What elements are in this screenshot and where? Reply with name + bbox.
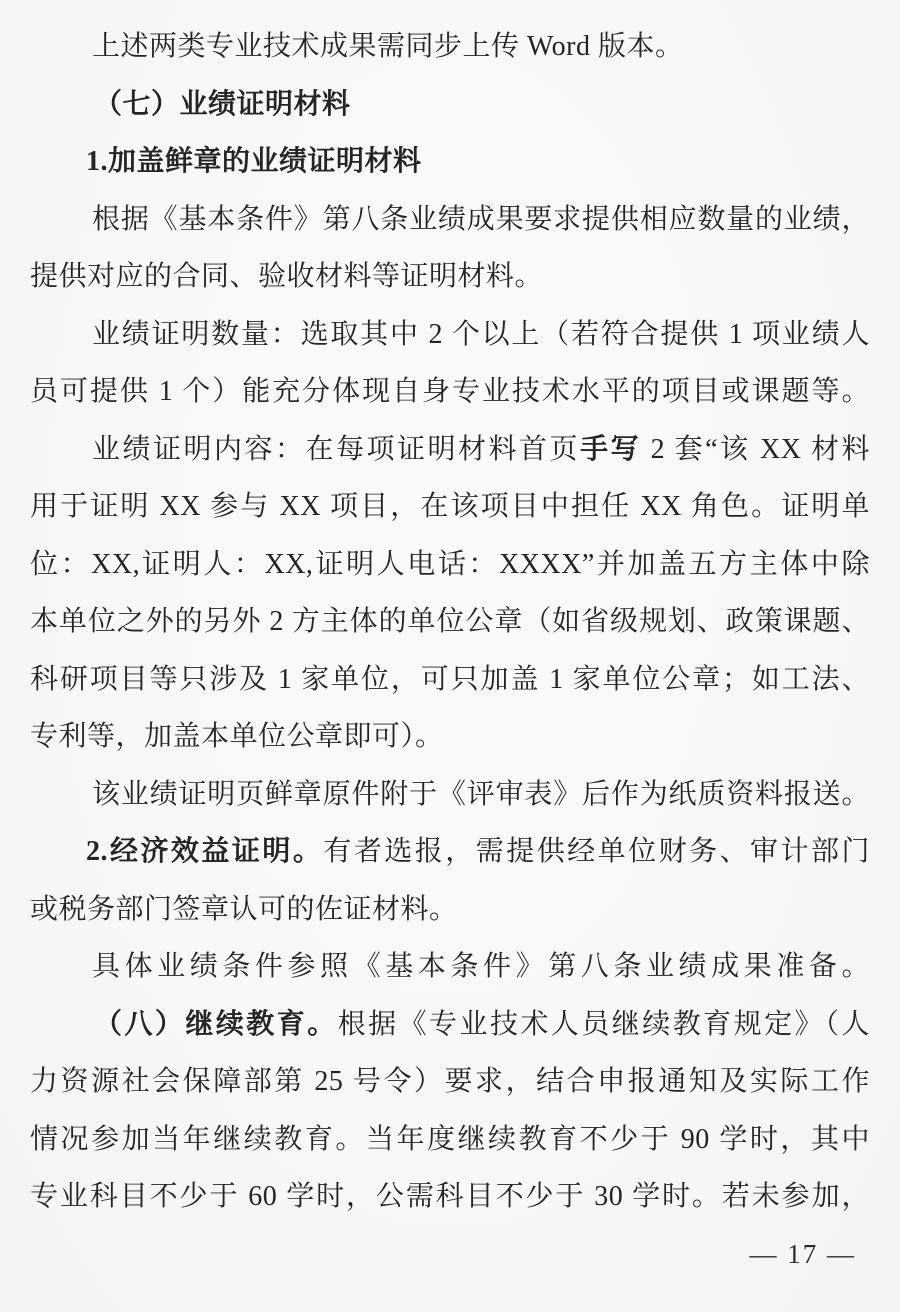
paragraph-line: 本单位之外的另外 2 方主体的单位公章（如省级规划、政策课题、 <box>30 593 870 651</box>
subheading-2: 2.经济效益证明。有者选报，需提供经单位财务、审计部门 <box>30 823 870 881</box>
paragraph-line: 员可提供 1 个）能充分体现自身专业技术水平的项目或课题等。 <box>30 363 870 421</box>
paragraph-line: 根据《基本条件》第八条业绩成果要求提供相应数量的业绩， <box>30 191 870 249</box>
bold-text-segment: 2.经济效益证明。 <box>86 836 323 867</box>
page-number: — 17 — <box>30 1226 870 1284</box>
text-segment: 专业科目不少于 60 学时，公需科目不少于 30 学时。若未参加， <box>30 1181 870 1212</box>
text-segment: 业绩证明数量：选取其中 2 个以上（若符合提供 1 项业绩人 <box>92 319 870 350</box>
text-segment: 业绩证明内容：在每项证明材料首页 <box>92 434 580 465</box>
bold-text-segment: （七）业绩证明材料 <box>94 89 351 120</box>
paragraph-line: 位：XX,证明人：XX,证明人电话：XXXX”并加盖五方主体中除 <box>30 536 870 594</box>
text-segment: 力资源社会保障部第 25 号令）要求，结合申报通知及实际工作 <box>30 1066 870 1097</box>
text-segment: 根据《专业技术人员继续教育规定》（人 <box>338 1009 870 1040</box>
section-heading-8: （八）继续教育。根据《专业技术人员继续教育规定》（人 <box>30 996 870 1054</box>
paragraph-line: 提供对应的合同、验收材料等证明材料。 <box>30 248 870 306</box>
bold-text-segment: 1.加盖鲜章的业绩证明材料 <box>86 146 422 177</box>
paragraph-line: 业绩证明内容：在每项证明材料首页手写 2 套“该 XX 材料 <box>30 421 870 479</box>
text-segment: 该业绩证明页鲜章原件附于《评审表》后作为纸质资料报送。 <box>92 779 870 810</box>
document-body: 上述两类专业技术成果需同步上传 Word 版本。（七）业绩证明材料1.加盖鲜章的… <box>30 18 870 1226</box>
text-segment: 根据《基本条件》第八条业绩成果要求提供相应数量的业绩， <box>92 204 870 235</box>
paragraph-line: 具体业绩条件参照《基本条件》第八条业绩成果准备。 <box>30 938 870 996</box>
text-segment: 上述两类专业技术成果需同步上传 Word 版本。 <box>92 31 684 62</box>
text-segment: 科研项目等只涉及 1 家单位，可只加盖 1 家单位公章；如工法、 <box>30 664 870 695</box>
text-segment: 专利等，加盖本单位公章即可）。 <box>30 721 444 752</box>
text-segment: 提供对应的合同、验收材料等证明材料。 <box>30 261 543 292</box>
text-segment: 2 套“该 XX 材料 <box>641 434 870 465</box>
paragraph-line: 上述两类专业技术成果需同步上传 Word 版本。 <box>30 18 870 76</box>
paragraph-line: 或税务部门签章认可的佐证材料。 <box>30 881 870 939</box>
text-segment: 本单位之外的另外 2 方主体的单位公章（如省级规划、政策课题、 <box>30 606 870 637</box>
text-segment: 员可提供 1 个）能充分体现自身专业技术水平的项目或课题等。 <box>30 376 870 407</box>
paragraph-line: 力资源社会保障部第 25 号令）要求，结合申报通知及实际工作 <box>30 1053 870 1111</box>
paragraph-line: 用于证明 XX 参与 XX 项目，在该项目中担任 XX 角色。证明单 <box>30 478 870 536</box>
bold-text-segment: 手写 <box>580 434 641 465</box>
paragraph-line: 专业科目不少于 60 学时，公需科目不少于 30 学时。若未参加， <box>30 1168 870 1226</box>
text-segment: 或税务部门签章认可的佐证材料。 <box>30 894 458 925</box>
paragraph-line: 业绩证明数量：选取其中 2 个以上（若符合提供 1 项业绩人 <box>30 306 870 364</box>
paragraph-line: 情况参加当年继续教育。当年度继续教育不少于 90 学时，其中 <box>30 1111 870 1169</box>
paragraph-line: 专利等，加盖本单位公章即可）。 <box>30 708 870 766</box>
bold-text-segment: （八）继续教育。 <box>94 1009 338 1040</box>
paragraph-line: 该业绩证明页鲜章原件附于《评审表》后作为纸质资料报送。 <box>30 766 870 824</box>
section-heading-7: （七）业绩证明材料 <box>30 76 870 134</box>
subheading-1: 1.加盖鲜章的业绩证明材料 <box>30 133 870 191</box>
text-segment: 用于证明 XX 参与 XX 项目，在该项目中担任 XX 角色。证明单 <box>30 491 870 522</box>
text-segment: 情况参加当年继续教育。当年度继续教育不少于 90 学时，其中 <box>30 1124 870 1155</box>
text-segment: 位：XX,证明人：XX,证明人电话：XXXX”并加盖五方主体中除 <box>30 549 870 580</box>
text-segment: 有者选报，需提供经单位财务、审计部门 <box>323 836 870 867</box>
text-segment: 具体业绩条件参照《基本条件》第八条业绩成果准备。 <box>92 951 870 982</box>
paragraph-line: 科研项目等只涉及 1 家单位，可只加盖 1 家单位公章；如工法、 <box>30 651 870 709</box>
document-page: 上述两类专业技术成果需同步上传 Word 版本。（七）业绩证明材料1.加盖鲜章的… <box>0 0 900 1312</box>
